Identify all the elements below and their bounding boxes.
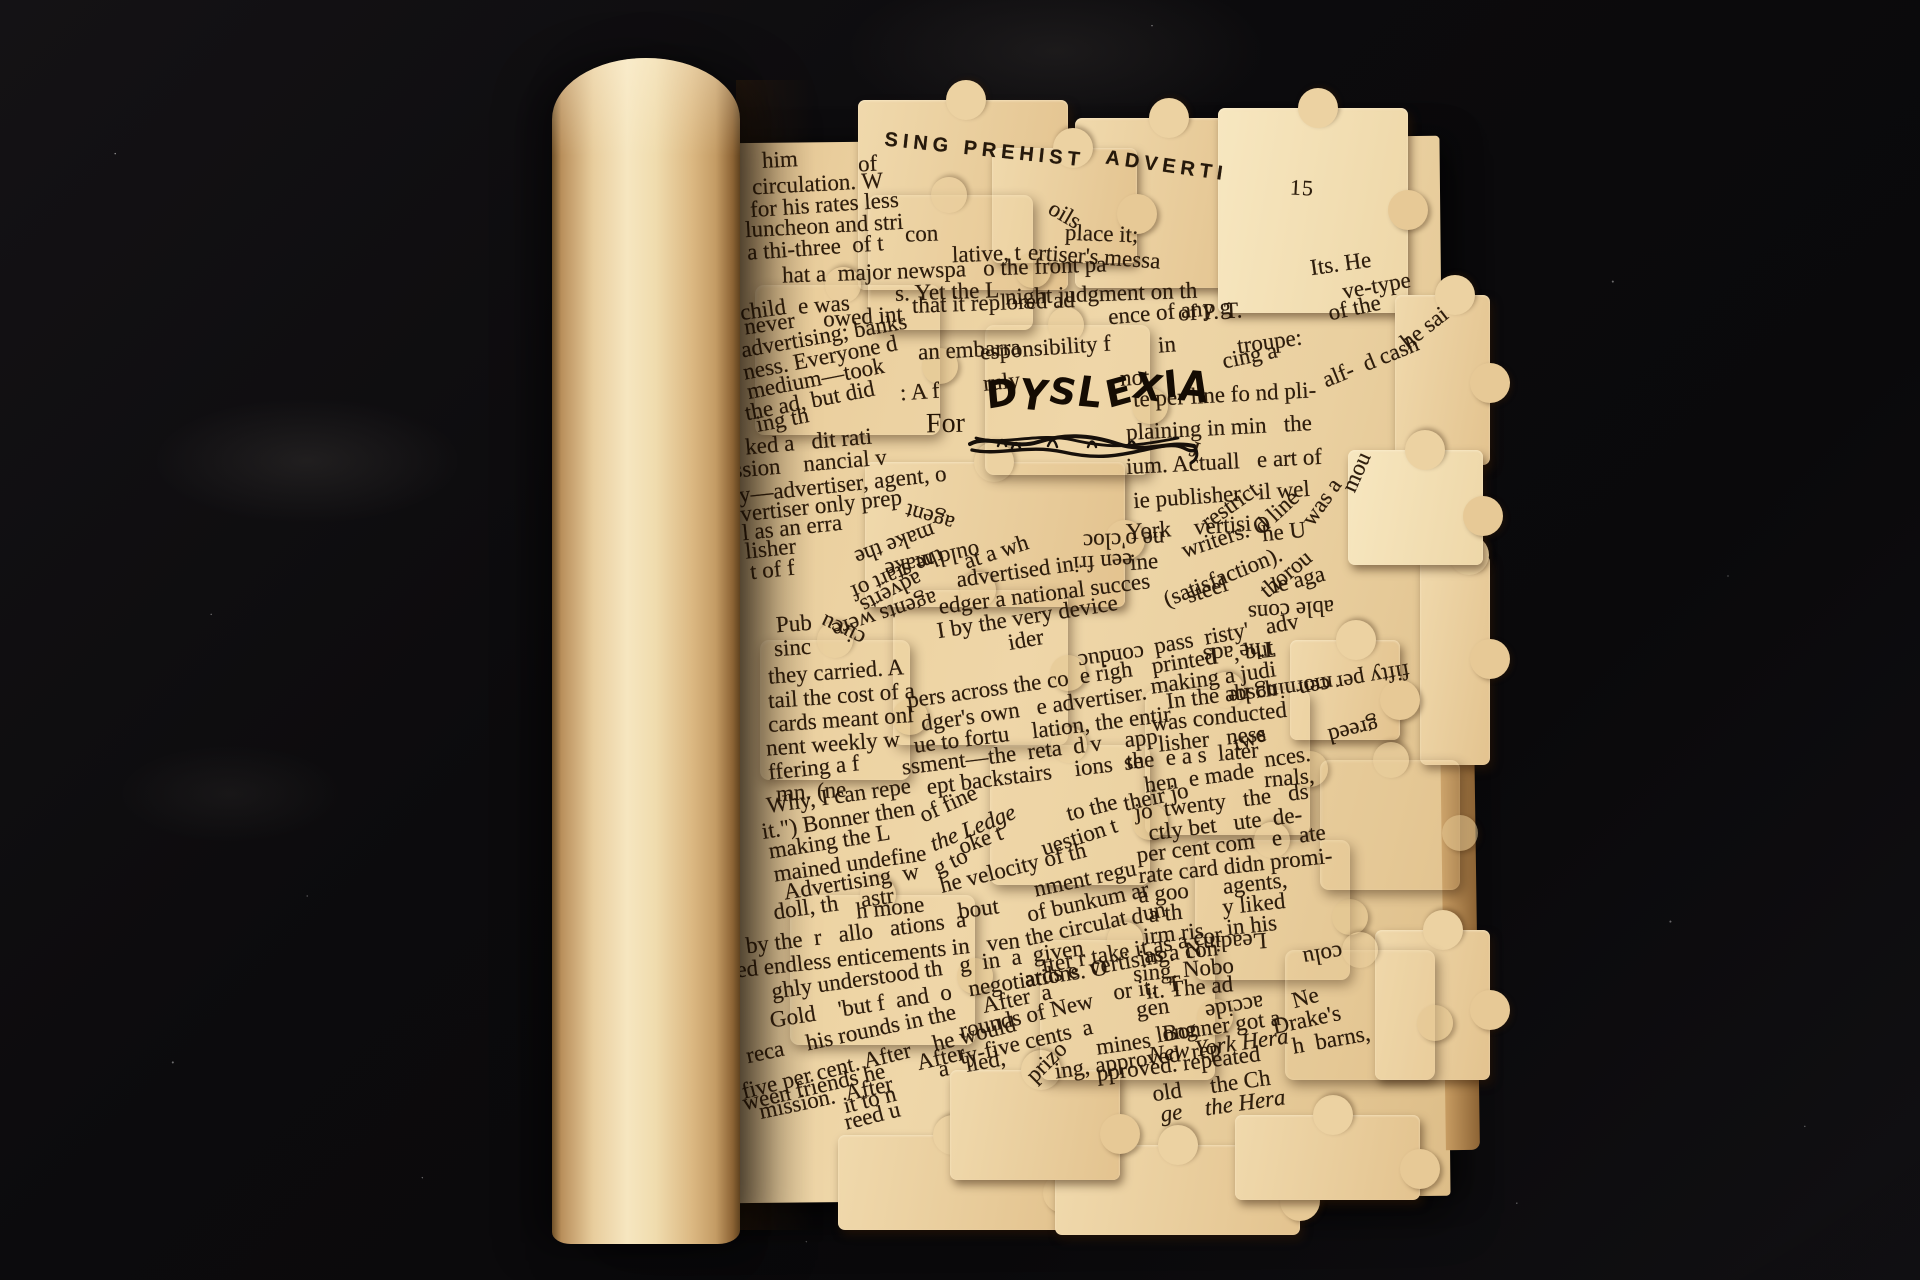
text-fragment: 15 [1289, 175, 1314, 199]
text-fragment: een fri [1072, 548, 1133, 576]
text-fragment: in [1157, 332, 1177, 357]
puzzle-piece [1235, 1115, 1420, 1200]
text-fragment: ine [1129, 549, 1159, 575]
text-fragment: : A f [899, 379, 940, 406]
puzzle-piece [1320, 760, 1460, 890]
text-fragment: lative, t [952, 241, 1022, 268]
scribble-strikethrough-icon [968, 420, 1203, 470]
text-fragment: gen [1134, 994, 1170, 1023]
printed-lead-word: For [926, 408, 965, 441]
text-fragment: him [761, 147, 798, 173]
text-fragment: sinc [773, 635, 812, 662]
puzzle-piece [950, 1070, 1120, 1180]
puzzle-piece [1420, 555, 1490, 765]
text-fragment: con [905, 221, 939, 246]
photo-scene: SING PREHISTADVERTI15himofcirculation. W… [0, 0, 1920, 1280]
rolled-page [552, 58, 740, 1244]
text-fragment: t of f [749, 556, 796, 585]
